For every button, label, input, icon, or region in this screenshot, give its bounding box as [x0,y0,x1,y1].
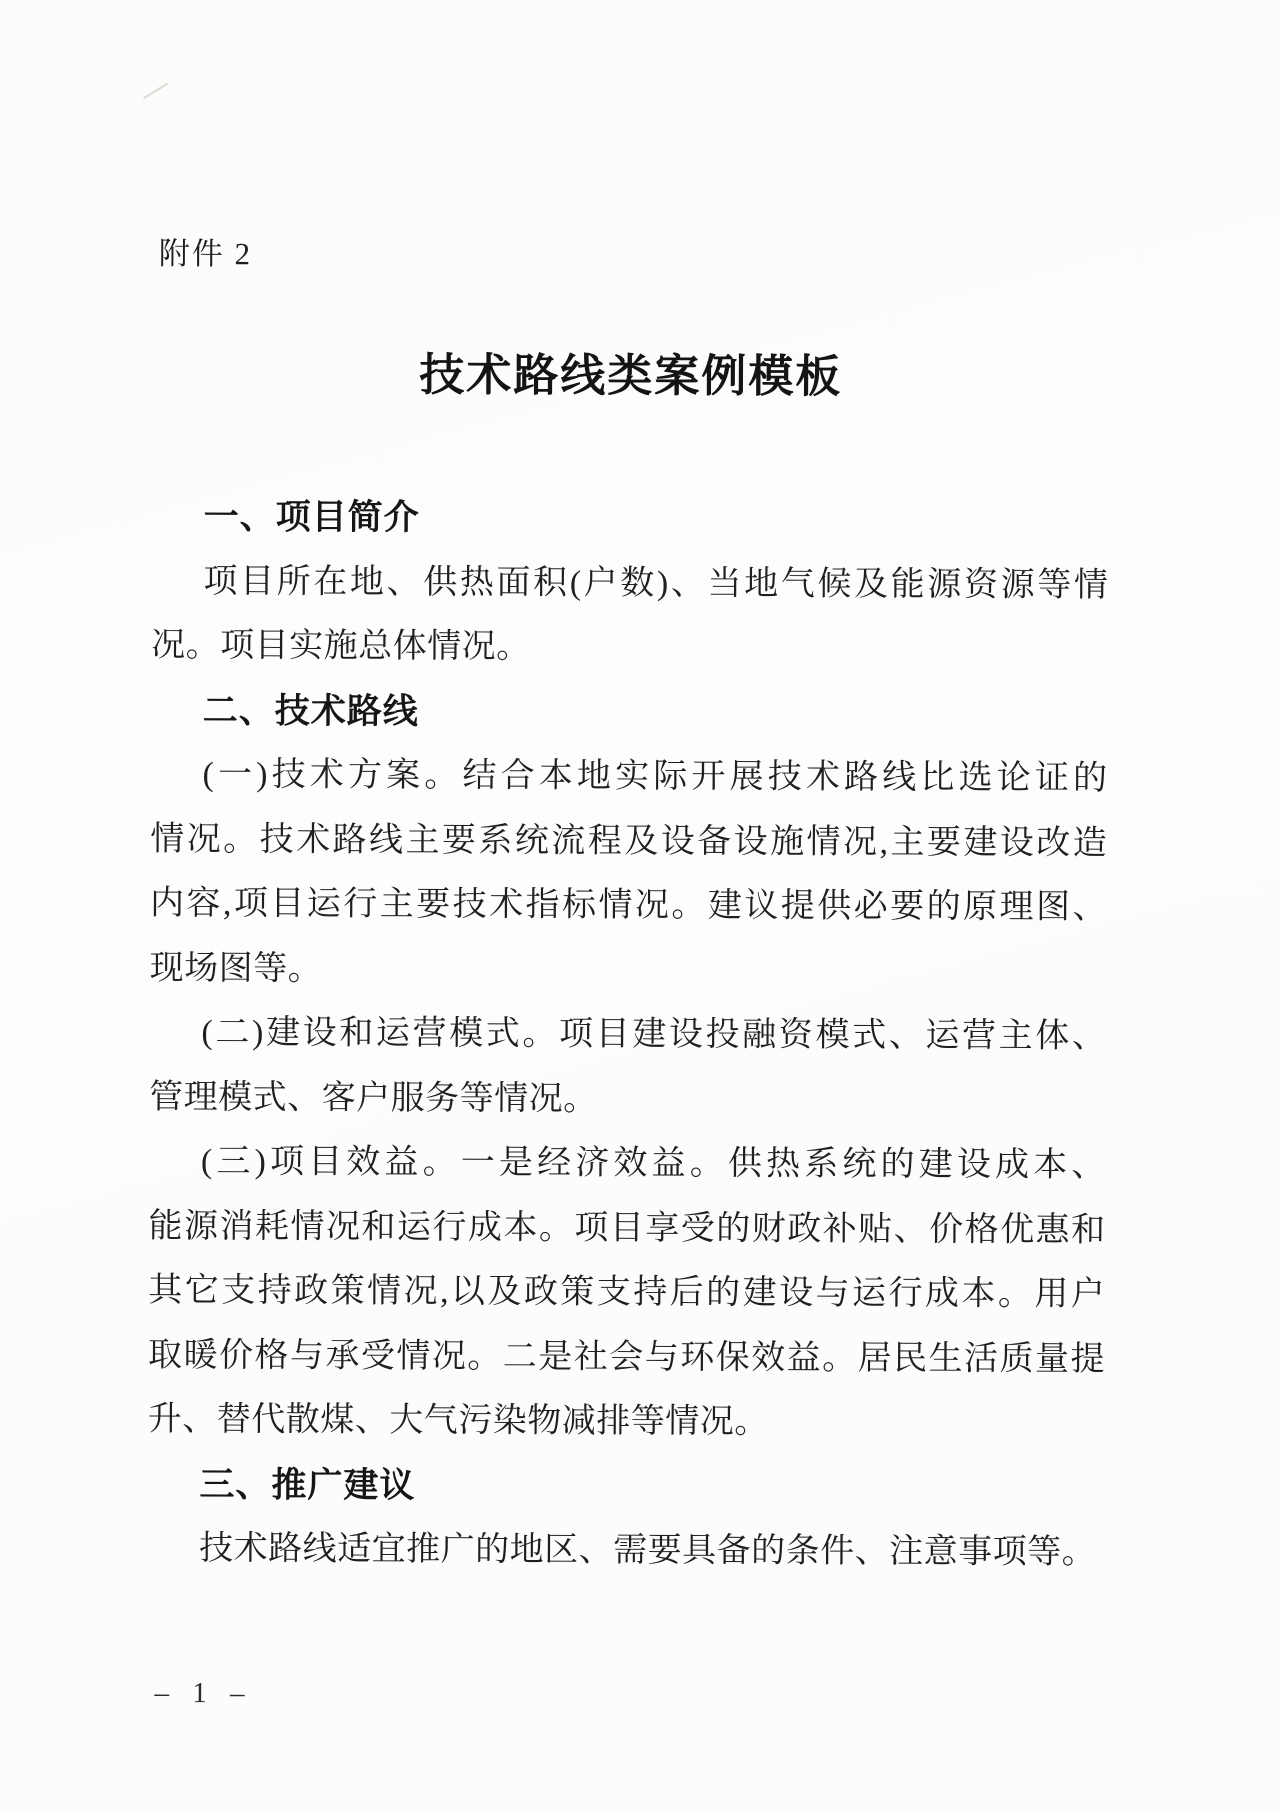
page-content: 附件 2 技术路线类案例模板 一、项目简介 项目所在地、供热面积(户数)、当地气… [146,0,1111,1810]
body-line: 能源消耗情况和运行成本。项目享受的财政补贴、价格优惠和 [148,1194,1105,1263]
body-line: 现场图等。 [150,936,1107,1005]
body-line: 技术路线适宜推广的地区、需要具备的条件、注意事项等。 [147,1517,1104,1586]
document-page: 附件 2 技术路线类案例模板 一、项目简介 项目所在地、供热面积(户数)、当地气… [0,0,1280,1810]
body-line: 管理模式、客户服务等情况。 [149,1065,1106,1134]
body-line: 项目所在地、供热面积(户数)、当地气候及能源资源等情 [151,549,1108,618]
body-line: 取暖价格与承受情况。二是社会与环保效益。居民生活质量提 [148,1323,1105,1392]
section-heading: 三、推广建议 [147,1452,1104,1521]
attachment-label: 附件 2 [159,236,252,272]
body-line: 况。项目实施总体情况。 [151,614,1108,683]
body-line: (一)技术方案。结合本地实际开展技术路线比选论证的 [150,743,1107,812]
document-title: 技术路线类案例模板 [152,348,1109,404]
scan-scratch-mark [143,83,168,99]
page-number: – 1 – [154,1676,252,1710]
body-line: 情况。技术路线主要系统流程及设备设施情况,主要建设改造 [150,807,1107,876]
body-line: 升、替代散煤、大气污染物减排等情况。 [148,1388,1105,1457]
section-heading: 二、技术路线 [151,678,1108,747]
body-line: 内容,项目运行主要技术指标情况。建议提供必要的原理图、 [150,872,1107,941]
body-line: (三)项目效益。一是经济效益。供热系统的建设成本、 [149,1130,1106,1199]
body-line: 其它支持政策情况,以及政策支持后的建设与运行成本。用户 [148,1259,1105,1328]
section-heading: 一、项目简介 [152,485,1109,554]
document-body: 一、项目简介 项目所在地、供热面积(户数)、当地气候及能源资源等情 况。项目实施… [147,485,1109,1586]
body-line: (二)建设和运营模式。项目建设投融资模式、运营主体、 [149,1001,1106,1070]
